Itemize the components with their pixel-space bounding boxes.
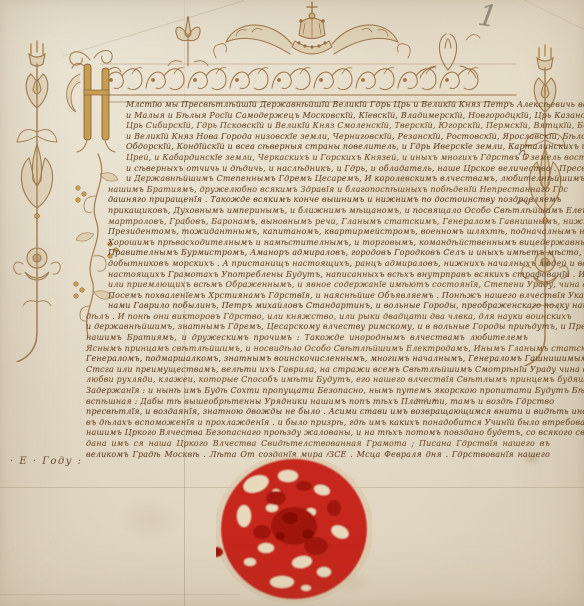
charter-text-line: нашимъ Братиямъ, и дружескимъ прочимъ : … — [86, 333, 528, 344]
charter-text-line: Хорошимъ прѣвосходителнымъ и намѣстителн… — [108, 238, 528, 249]
regnal-year-docket: · Е · Году : — [10, 456, 83, 467]
charter-text-line: Млстїю мы Пресвѣтлѣйшїй Державнѣйшїй Вел… — [126, 100, 558, 111]
paper-stain — [118, 498, 182, 540]
folio-number: 1 — [476, 1, 500, 34]
charter-text-line: Правителнымъ Бурмистромъ, Аманоръ адмира… — [108, 248, 528, 259]
charter-text-line: дѣлъ . И понѣ они викторовъ Гдрство, или… — [86, 312, 528, 323]
imperial-crown-icon — [292, 2, 332, 54]
charter-text-line: нами Гаврило побылинъ, Петръ михайловъ С… — [108, 301, 528, 312]
charter-text-line: настоящихъ Грамотахъ Употреблены Будутъ,… — [108, 270, 528, 281]
charter-text-line: Црей, и Кабардинскїе земли, Черкаскихъ и… — [126, 153, 528, 164]
interlinear-mark: х і х — [416, 397, 439, 404]
charter-text-line: и сѣверныхъ отчичь и дѣдичь, и наслѣдник… — [126, 164, 528, 175]
horizontal-fold-crease — [0, 594, 240, 595]
charter-text-line: любви рухляди, клажеи, которые Способъ и… — [86, 375, 550, 386]
charter-text-block: Млстїю мы Пресвѣтлѣйшїй Державнѣйшїй Вел… — [86, 100, 558, 460]
charter-text-line: Задержанїя : и нынѣ имъ Будѣ Сохти пропу… — [86, 386, 550, 397]
charter-text-line: добытниковъ морскихъ . А пристанищъ наст… — [108, 259, 528, 270]
charter-text-line: прикащиковъ, Духовнымъ империнымъ, и бли… — [108, 206, 528, 217]
charter-text-line: Президентомъ, тожидантнымъ, капитаномъ, … — [108, 227, 528, 238]
headpiece-ornament-icon — [96, 0, 520, 106]
charter-text-line: вспѣшная : Дабы тѣ вышеобрѣтенны Урядник… — [86, 397, 550, 408]
charter-text-line: и Великїй Княз Нова Города низовскїе зем… — [126, 132, 528, 143]
charter-text-line: мартроловъ, Грабовъ, Баронамъ, выновнымъ… — [108, 217, 528, 228]
charter-text-line: и Малыя и Бѣлыя Росїи Самодержецъ Москов… — [126, 111, 558, 122]
charter-text-line: дана имъ ся наша Цркого Влчества Свидѣте… — [86, 439, 550, 450]
charter-text-line: нашимъ Цркого Влчества Безопаснаго проѣз… — [86, 428, 550, 439]
charter-text-line: нашимъ Братиямъ, дружелюбно всякимъ Здра… — [108, 185, 528, 196]
charter-text-line: и державнѣйшимъ, знатнымъ Гдремъ, Цесарс… — [86, 322, 528, 333]
charter-text-line: въ дѣлахъ вспоможенїя и прохлажденїя . и… — [86, 418, 550, 429]
charter-document: 1 Млстїю мы Пресвѣтлѣйшїй Державнѣйшїй В… — [0, 0, 584, 606]
left-border-floral-ornament-icon — [10, 40, 64, 362]
charter-text-line: Посемъ похваленїемъ Хрстиянамъ Гдрствїя,… — [108, 291, 528, 302]
diagonal-crease — [62, 0, 244, 57]
charter-text-line: дашняго приращенїя . Такожде всякимъ кон… — [108, 195, 528, 206]
diagonal-crease — [503, 0, 584, 32]
charter-text-line: и Державнѣйшимъ Степеннымъ Гдремъ Цесаре… — [126, 174, 528, 185]
charter-text-line: Генераломъ, подмаршалкомъ, знатнымъ воин… — [86, 354, 550, 365]
charter-text-line: Стсга или преимуществамъ, велѣти ихъ Гав… — [86, 365, 550, 376]
wax-seal — [216, 456, 372, 604]
charter-text-line: Црь Сибирскїй, Гдрь Псковскїй и Великїй … — [126, 121, 558, 132]
charter-text-line: Обдорскїй, Кондїйскїй и всеа сѣверныя ст… — [126, 142, 528, 153]
charter-text-line: Яснымъ принцамъ свѣтлѣйшимъ, и носвидѣло… — [86, 344, 550, 355]
charter-text-line: или приемлющихъ всѣмъ Ображеннымъ, и явн… — [108, 280, 528, 291]
charter-text-line: пресвѣтлїя, и воздаянїя, знатною двожды … — [86, 407, 550, 418]
